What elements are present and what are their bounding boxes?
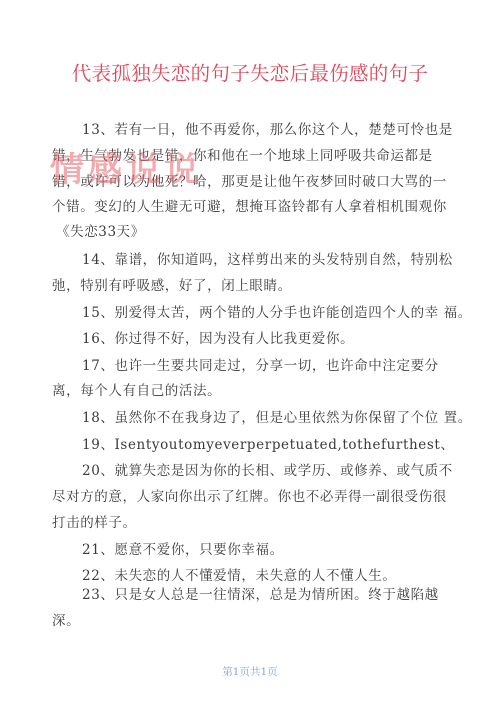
paragraph-line: 23、只是女人总是一往情深，总是为情所困。终于越陷越 xyxy=(82,586,439,604)
paragraph-line: 20、就算失恋是因为你的长相、或学历、或修养、或气质不 xyxy=(82,462,453,480)
paragraph-line: 弛，特别有呼吸感，好了，闭上眼睛。 xyxy=(52,277,292,295)
paragraph-line: 离，每个人有自己的活法。 xyxy=(52,382,221,400)
document-title: 代表孤独失恋的句子失恋后最伤感的句子 xyxy=(0,62,500,86)
page-number: 第1页共1页 xyxy=(0,665,500,679)
paragraph-line: 打击的样子。 xyxy=(52,514,137,532)
paragraph-line: 17、也许一生要共同走过，分享一切，也许命中注定要分 xyxy=(82,357,439,375)
paragraph-line: 错，生气勃发也是错，你和他在一个地球上同呼吸共命运都是 xyxy=(52,147,433,165)
paragraph-line: 21、愿意不爱你，只要你幸福。 xyxy=(82,541,284,559)
paragraph-line: 22、未失恋的人不懂爱情，未失意的人不懂人生。 xyxy=(82,567,396,585)
paragraph-line: 深。 xyxy=(52,612,80,630)
paragraph-line: 个错。变幻的人生避无可避，想掩耳盗铃都有人拿着相机围观你 xyxy=(52,198,447,216)
paragraph-line: 尽对方的意，人家向你出示了红牌。你也不必弄得一副很受伤很 xyxy=(52,488,447,506)
paragraph-line: 19、Isentyoutomyeverperpetuated,tothefurt… xyxy=(82,436,455,454)
paragraph-line: 13、若有一日，他不再爱你，那么你这个人，楚楚可怜也是 xyxy=(82,121,453,139)
document-page: 代表孤独失恋的句子失恋后最伤感的句子 13、若有一日，他不再爱你，那么你这个人，… xyxy=(0,0,500,707)
paragraph-line: 15、别爱得太苦，两个错的人分手也许能创造四个人的幸 福。 xyxy=(82,304,472,322)
paragraph-line: 18、虽然你不在我身边了，但是心里依然为你保留了个位 置。 xyxy=(82,409,472,427)
paragraph-line: 14、靠谱，你知道吗，这样剪出来的头发特别自然，特别松 xyxy=(82,251,453,269)
paragraph-line: 16、你过得不好，因为没有人比我更爱你。 xyxy=(82,330,354,348)
paragraph-line: 《失恋33天》 xyxy=(56,223,145,241)
paragraph-line: 错，或许可以为他死？哈，那更是让他午夜梦回时破口大骂的一 xyxy=(52,173,447,191)
